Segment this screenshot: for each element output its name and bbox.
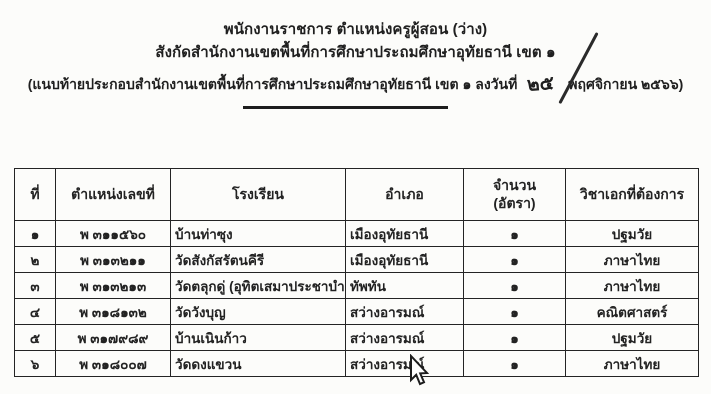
cell-amount: ๑ (464, 273, 566, 299)
cell-district: สว่างอารมณ์ (346, 351, 464, 377)
cell-no: ๔ (15, 299, 56, 325)
table-row: ๑ พ ๓๑๑๕๖๐ บ้านท่าซุง เมืองอุทัยธานี ๑ ป… (15, 221, 699, 247)
cell-position-no: พ ๓๑๗๙๘๙ (56, 325, 171, 351)
scanned-document-page: พนักงานราชการ ตำแหน่งครูผู้สอน (ว่าง) สั… (0, 0, 711, 394)
cell-district: สว่างอารมณ์ (346, 299, 464, 325)
cell-position-no: พ ๓๑๓๒๑๓ (56, 273, 171, 299)
table-row: ๓ พ ๓๑๓๒๑๓ วัดตลุกดู่ (อุทิตเสมาประชาบำร… (15, 273, 699, 299)
table-row: ๒ พ ๓๑๓๒๑๑ วัดสังกัสรัตนคีรี เมืองอุทัยธ… (15, 247, 699, 273)
document-title-line2: สังกัดสำนักงานเขตพื้นที่การศึกษาประถมศึก… (0, 41, 711, 64)
cell-school: บ้านเนินก้าว (171, 325, 346, 351)
cell-amount: ๑ (464, 247, 566, 273)
cell-no: ๕ (15, 325, 56, 351)
cell-amount: ๑ (464, 325, 566, 351)
cell-school: วัดวังบุญ (171, 299, 346, 325)
handwritten-date: ๒๕ (526, 69, 555, 100)
cell-major: ภาษาไทย (566, 273, 699, 299)
cell-major: คณิตศาสตร์ (566, 299, 699, 325)
cell-major: ปฐมวัย (566, 221, 699, 247)
cell-amount: ๑ (464, 351, 566, 377)
cell-district: เมืองอุทัยธานี (346, 247, 464, 273)
cell-position-no: พ ๓๑๘๑๓๒ (56, 299, 171, 325)
document-header: พนักงานราชการ ตำแหน่งครูผู้สอน (ว่าง) สั… (0, 18, 711, 98)
col-header-district: อำเภอ (346, 169, 464, 221)
table-header-row: ที่ ตำแหน่งเลขที่ โรงเรียน อำเภอ จำนวน (… (15, 169, 699, 221)
cell-district: เมืองอุทัยธานี (346, 221, 464, 247)
cell-amount: ๑ (464, 299, 566, 325)
table-row: ๔ พ ๓๑๘๑๓๒ วัดวังบุญ สว่างอารมณ์ ๑ คณิตศ… (15, 299, 699, 325)
col-header-major: วิชาเอกที่ต้องการ (566, 169, 699, 221)
cell-district: สว่างอารมณ์ (346, 325, 464, 351)
cell-district: ทัพทัน (346, 273, 464, 299)
table-row: ๕ พ ๓๑๗๙๘๙ บ้านเนินก้าว สว่างอารมณ์ ๑ ปฐ… (15, 325, 699, 351)
col-header-position-no: ตำแหน่งเลขที่ (56, 169, 171, 221)
col-header-amount: จำนวน (อัตรา) (464, 169, 566, 221)
cell-position-no: พ ๓๑๑๕๖๐ (56, 221, 171, 247)
col-header-amount-line2: (อัตรา) (468, 195, 561, 213)
cell-school: วัดตลุกดู่ (อุทิตเสมาประชาบำรุง) (171, 273, 346, 299)
cell-no: ๑ (15, 221, 56, 247)
cell-school: บ้านท่าซุง (171, 221, 346, 247)
document-subtitle: (แนบท้ายประกอบสำนักงานเขตพื้นที่การศึกษา… (0, 69, 711, 98)
cell-amount: ๑ (464, 221, 566, 247)
header-divider (243, 106, 448, 109)
cell-position-no: พ ๓๑๓๒๑๑ (56, 247, 171, 273)
cell-position-no: พ ๓๑๘๐๐๗ (56, 351, 171, 377)
table-row: ๖ พ ๓๑๘๐๐๗ วัดดงแขวน สว่างอารมณ์ ๑ ภาษาไ… (15, 351, 699, 377)
col-header-school: โรงเรียน (171, 169, 346, 221)
cell-no: ๒ (15, 247, 56, 273)
col-header-amount-line1: จำนวน (468, 177, 561, 195)
cell-major: ภาษาไทย (566, 351, 699, 377)
cell-major: ปฐมวัย (566, 325, 699, 351)
subtitle-suffix: พฤศจิกายน ๒๕๖๖) (568, 76, 683, 92)
cell-major: ภาษาไทย (566, 247, 699, 273)
vacancy-table: ที่ ตำแหน่งเลขที่ โรงเรียน อำเภอ จำนวน (… (14, 168, 699, 377)
cell-no: ๖ (15, 351, 56, 377)
cell-school: วัดสังกัสรัตนคีรี (171, 247, 346, 273)
subtitle-prefix: (แนบท้ายประกอบสำนักงานเขตพื้นที่การศึกษา… (28, 76, 518, 92)
cell-school: วัดดงแขวน (171, 351, 346, 377)
document-title-line1: พนักงานราชการ ตำแหน่งครูผู้สอน (ว่าง) (0, 18, 711, 41)
col-header-no: ที่ (15, 169, 56, 221)
cell-no: ๓ (15, 273, 56, 299)
